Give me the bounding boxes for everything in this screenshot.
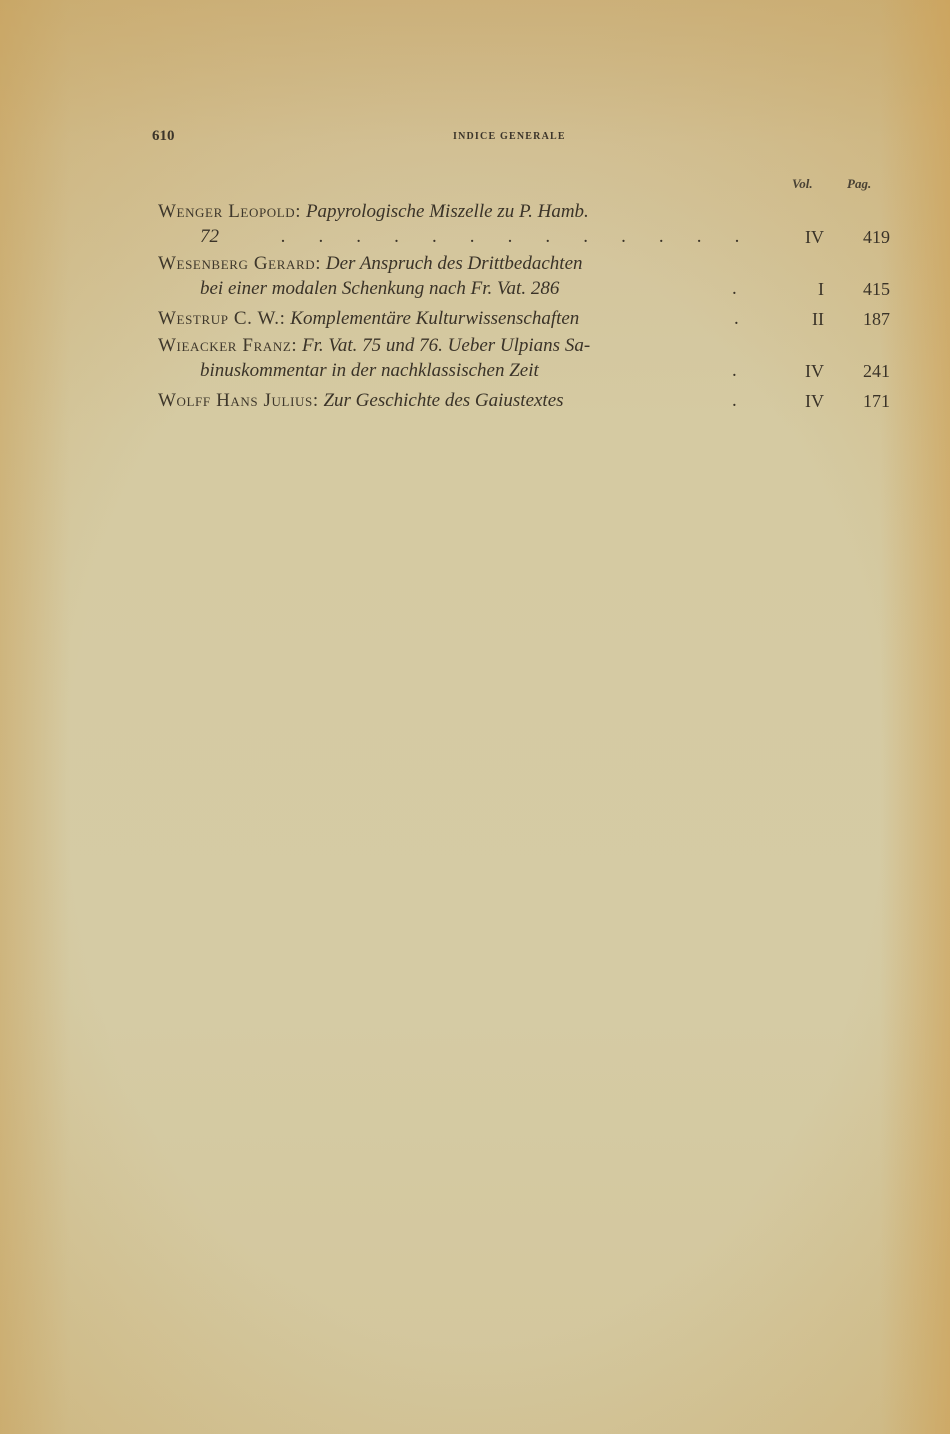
index-entry-wesenberg-line2: bei einer modalen Schenkung nach Fr. Vat… bbox=[0, 276, 950, 302]
entry-title: Fr. Vat. 75 und 76. Ueber Ulpians Sa- bbox=[302, 335, 590, 356]
page-number: 610 bbox=[152, 128, 175, 145]
entry-page: 415 bbox=[850, 276, 890, 302]
running-title: INDICE GENERALE bbox=[453, 131, 566, 142]
entry-author: Wesenberg Gerard: bbox=[158, 253, 321, 274]
index-entry-westrup: Westrup C. W.: Komplementäre Kulturwisse… bbox=[0, 306, 950, 332]
index-entry-wesenberg-line1: Wesenberg Gerard: Der Anspruch des Dritt… bbox=[0, 251, 950, 277]
entry-title-continuation: 72 bbox=[200, 224, 219, 250]
column-header-pag: Pag. bbox=[847, 176, 871, 192]
index-entry-wenger-line2: 72 ............. IV 419 bbox=[0, 224, 950, 250]
entry-page: 419 bbox=[850, 224, 890, 250]
entry-author: Wieacker Franz: bbox=[158, 335, 297, 356]
column-headers: Vol. Pag. bbox=[0, 176, 950, 196]
dot-leader: . bbox=[732, 388, 737, 414]
entry-title: Komplementäre Kulturwissenschaften bbox=[290, 308, 579, 329]
index-entry-wieacker-line1: Wieacker Franz: Fr. Vat. 75 und 76. Uebe… bbox=[0, 333, 950, 359]
entry-title: Zur Geschichte des Gaiustextes bbox=[323, 390, 563, 411]
dot-leader: . bbox=[732, 358, 737, 384]
entry-title: Der Anspruch des Drittbedachten bbox=[326, 253, 583, 274]
entry-author: Westrup C. W.: bbox=[158, 308, 286, 329]
index-entry-wieacker-line2: binuskommentar in der nachklassischen Ze… bbox=[0, 358, 950, 384]
entry-author: Wolff Hans Julius: bbox=[158, 390, 319, 411]
entry-title: Papyrologische Miszelle zu P. Hamb. bbox=[306, 201, 589, 222]
dot-leader: . bbox=[734, 306, 739, 332]
entry-title-continuation: binuskommentar in der nachklassischen Ze… bbox=[200, 358, 539, 384]
entry-page: 171 bbox=[850, 388, 890, 414]
dot-leader: . bbox=[732, 276, 737, 302]
entry-volume: II bbox=[784, 306, 824, 332]
entry-volume: IV bbox=[784, 224, 824, 250]
entry-volume: IV bbox=[784, 388, 824, 414]
dot-leader: ............. bbox=[280, 224, 740, 250]
entry-page: 187 bbox=[850, 306, 890, 332]
column-header-vol: Vol. bbox=[792, 176, 813, 192]
entry-volume: IV bbox=[784, 358, 824, 384]
index-entry-wenger-line1: Wenger Leopold: Papyrologische Miszelle … bbox=[0, 199, 950, 225]
running-head: 610 INDICE GENERALE bbox=[152, 128, 888, 148]
index-entry-wolff: Wolff Hans Julius: Zur Geschichte des Ga… bbox=[0, 388, 950, 414]
entry-title-continuation: bei einer modalen Schenkung nach Fr. Vat… bbox=[200, 276, 559, 302]
entry-author: Wenger Leopold: bbox=[158, 201, 301, 222]
entry-page: 241 bbox=[850, 358, 890, 384]
entry-volume: I bbox=[784, 276, 824, 302]
